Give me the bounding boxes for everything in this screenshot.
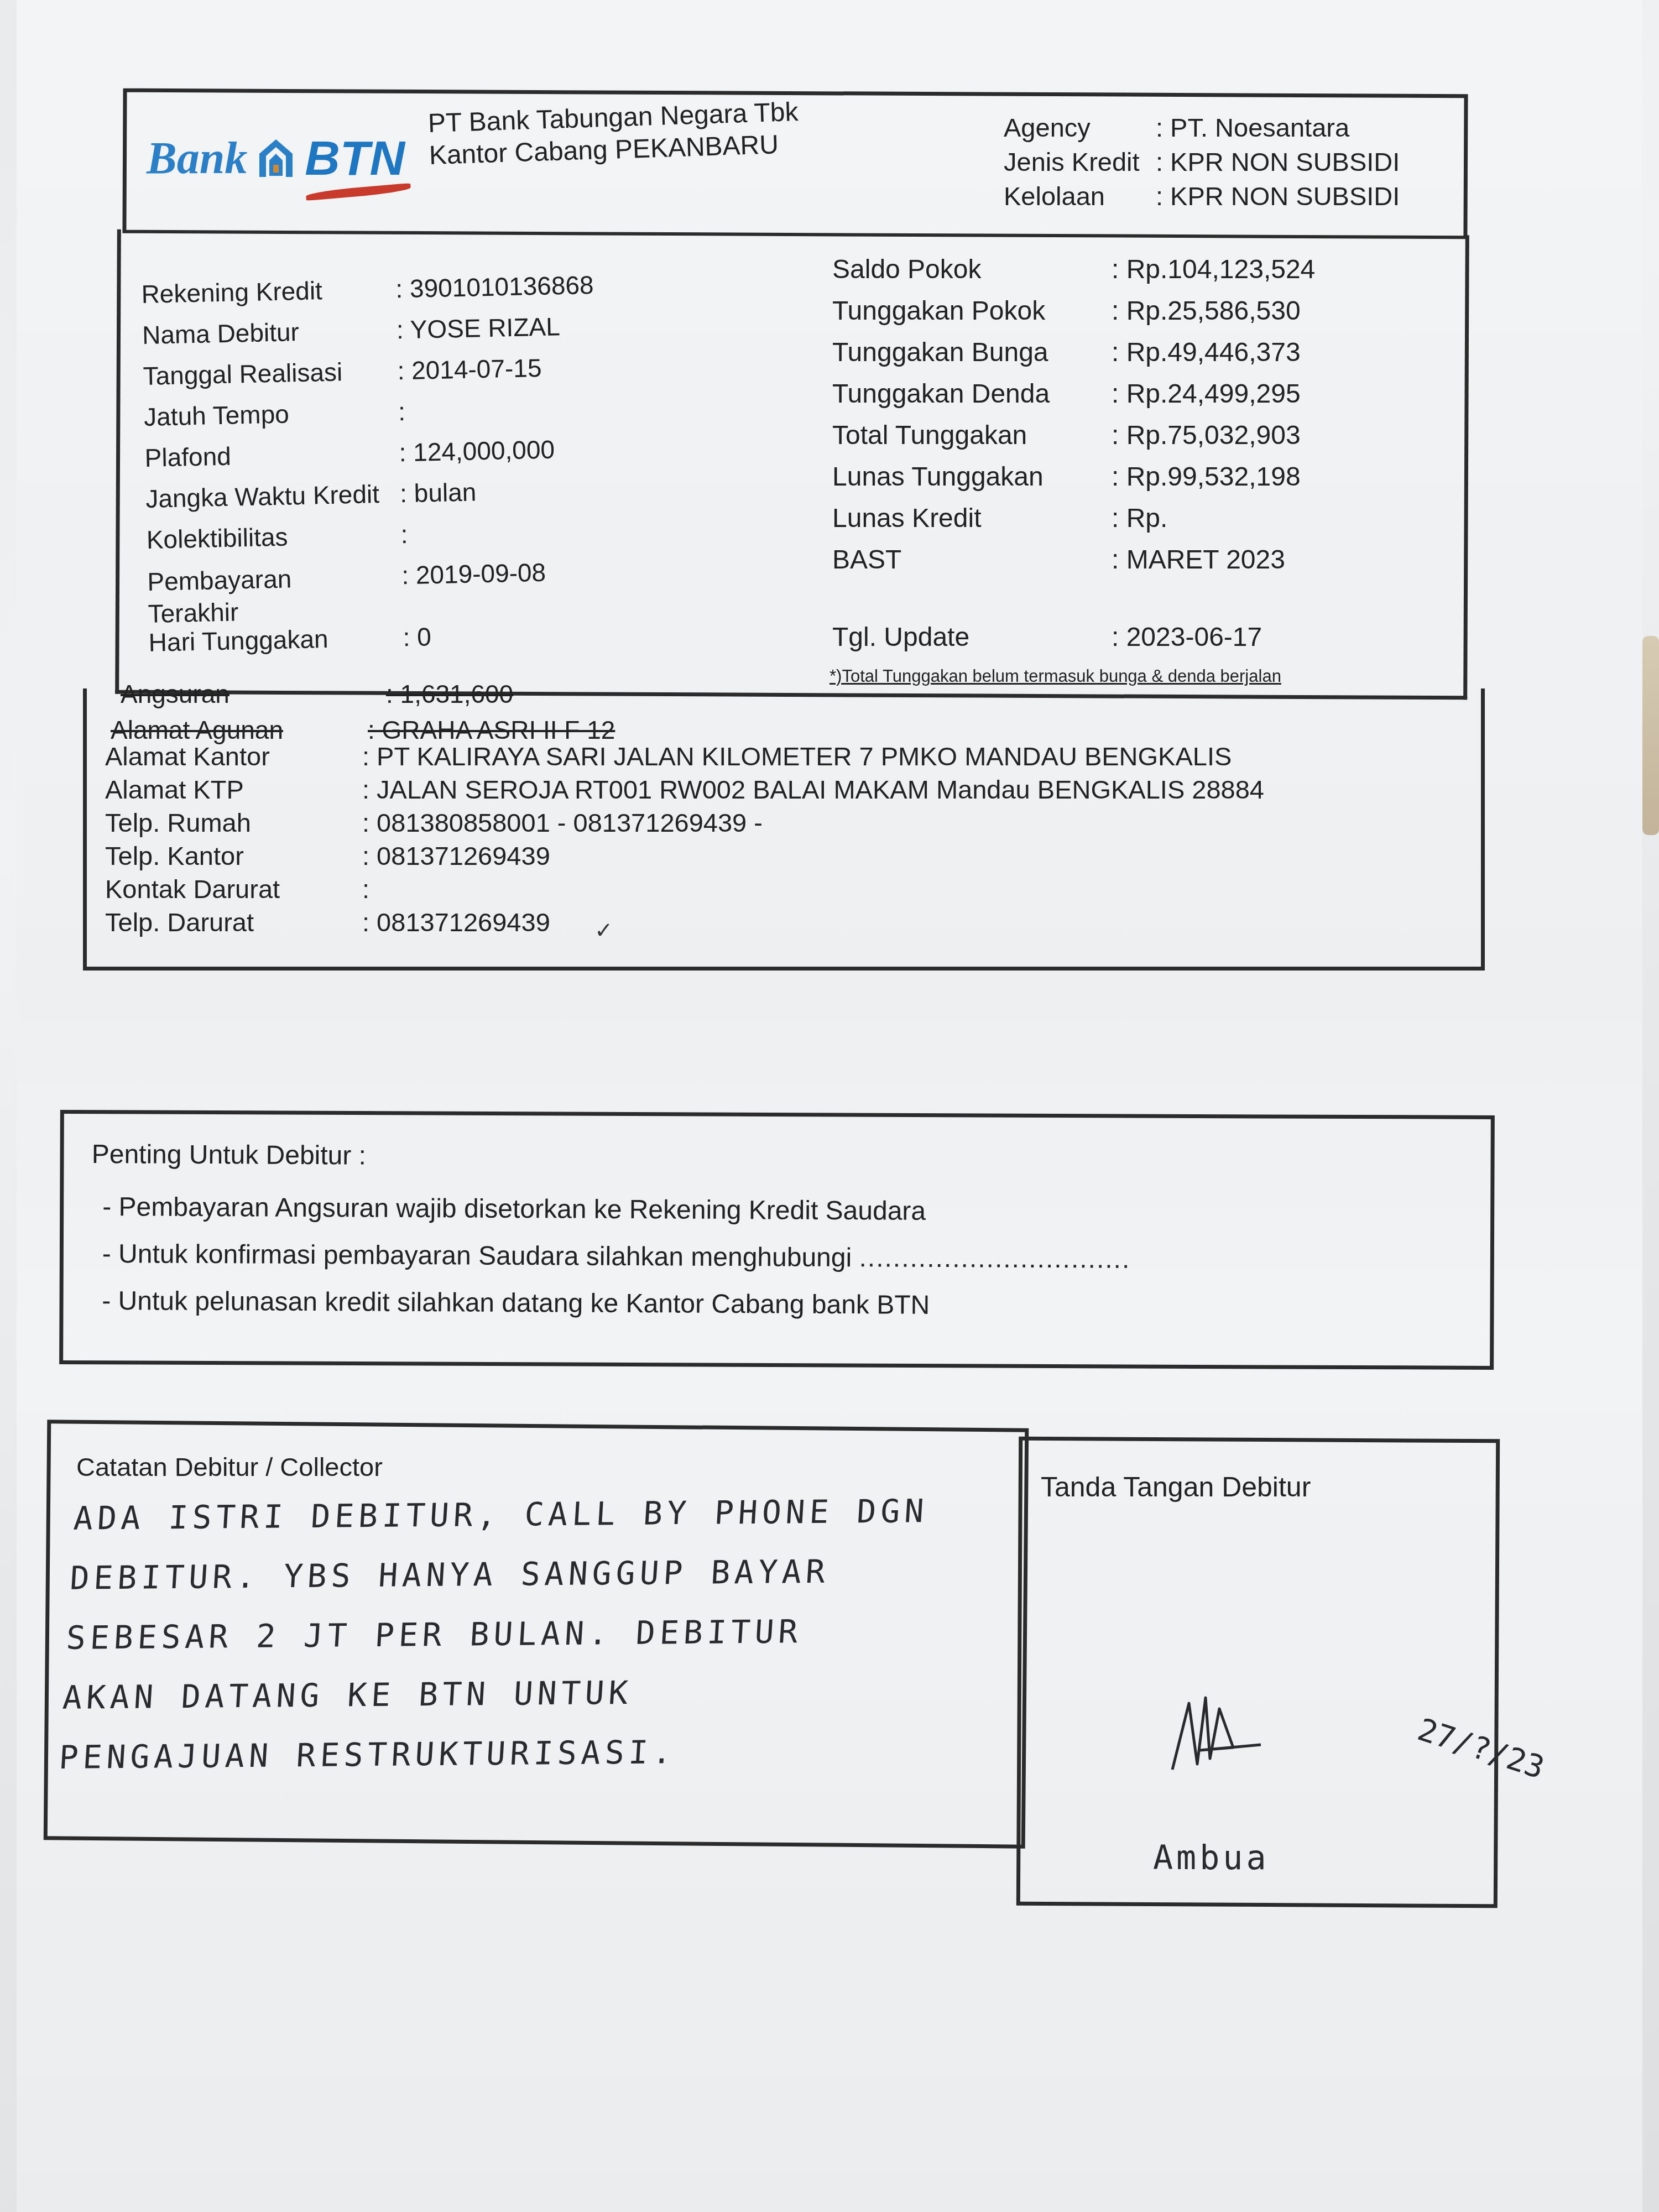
balance-row: Tunggakan Bunga: Rp.49,446,373 <box>832 337 1315 379</box>
address-row: Alamat KTP: JALAN SEROJA RT001 RW002 BAL… <box>105 774 1264 807</box>
logo-btn-text: BTN <box>305 130 405 186</box>
address-row: Telp. Darurat: 081371269439 <box>105 907 1264 940</box>
signature-box <box>1016 1437 1500 1908</box>
notes-title: Catatan Debitur / Collector <box>76 1452 383 1482</box>
handwritten-notes: ada istri debitur, call by phone dgn deb… <box>58 1481 930 1787</box>
bank-name: PT Bank Tabungan Negara Tbk Kantor Caban… <box>427 96 800 172</box>
struck-alamat-agunan-row: Alamat Agunan: GRAHA ASRI II F 12 <box>111 715 615 745</box>
balance-row: Lunas Tunggakan: Rp.99,532,198 <box>832 462 1315 503</box>
bank-btn-logo: Bank BTN <box>147 130 405 186</box>
address-row: Alamat Kantor: PT KALIRAYA SARI JALAN KI… <box>105 741 1264 774</box>
debtor-info: Rekening Kredit: 3901010136868 Nama Debi… <box>141 270 602 669</box>
address-row: Kontak Darurat: <box>105 874 1264 907</box>
penting-item: - Untuk pelunasan kredit silahkan datang… <box>102 1286 1130 1322</box>
balance-row: Saldo Pokok: Rp.104,123,524 <box>832 254 1315 296</box>
check-mark-icon: ✓ <box>594 918 613 943</box>
balance-row: Tunggakan Pokok: Rp.25,586,530 <box>832 296 1315 337</box>
address-info: Alamat Kantor: PT KALIRAYA SARI JALAN KI… <box>105 741 1264 940</box>
signature-scribble <box>1167 1687 1266 1781</box>
agency-value: : PT. Noesantara <box>1156 111 1349 145</box>
penting-section: Penting Untuk Debitur : - Pembayaran Ang… <box>91 1139 1131 1338</box>
jenis-kredit-value: : KPR NON SUBSIDI <box>1156 145 1400 179</box>
balance-row: Tunggakan Denda: Rp.24,499,295 <box>832 379 1315 420</box>
info-row: Pembayaran Terakhir: 2019-09-08 <box>147 556 601 628</box>
balance-row: BAST: MARET 2023 <box>832 545 1315 586</box>
address-row: Telp. Rumah: 081380858001 - 081371269439… <box>105 807 1264 841</box>
penting-title: Penting Untuk Debitur : <box>92 1139 1131 1175</box>
credit-type-info: Agency: PT. Noesantara Jenis Kredit: KPR… <box>1004 111 1400 213</box>
tgl-update-row: Tgl. Update: 2023-06-17 <box>832 622 1315 664</box>
footnote: *)Total Tunggakan belum termasuk bunga &… <box>830 666 1281 686</box>
balance-row: Total Tunggakan: Rp.75,032,903 <box>832 420 1315 462</box>
balance-row: Lunas Kredit: Rp. <box>832 503 1315 545</box>
kelolaan-value: : KPR NON SUBSIDI <box>1156 179 1400 213</box>
signed-name: Ambua <box>1153 1839 1270 1877</box>
penting-item: - Untuk konfirmasi pembayaran Saudara si… <box>102 1239 1131 1275</box>
house-icon <box>257 137 295 179</box>
penting-item: - Pembayaran Angsuran wajib disetorkan k… <box>102 1192 1131 1228</box>
address-row: Telp. Kantor: 081371269439 <box>105 841 1264 874</box>
logo-bank-text: Bank <box>147 132 247 184</box>
balance-info: Saldo Pokok: Rp.104,123,524 Tunggakan Po… <box>832 254 1315 664</box>
background-string <box>1642 636 1659 835</box>
signature-title: Tanda Tangan Debitur <box>1041 1471 1311 1503</box>
